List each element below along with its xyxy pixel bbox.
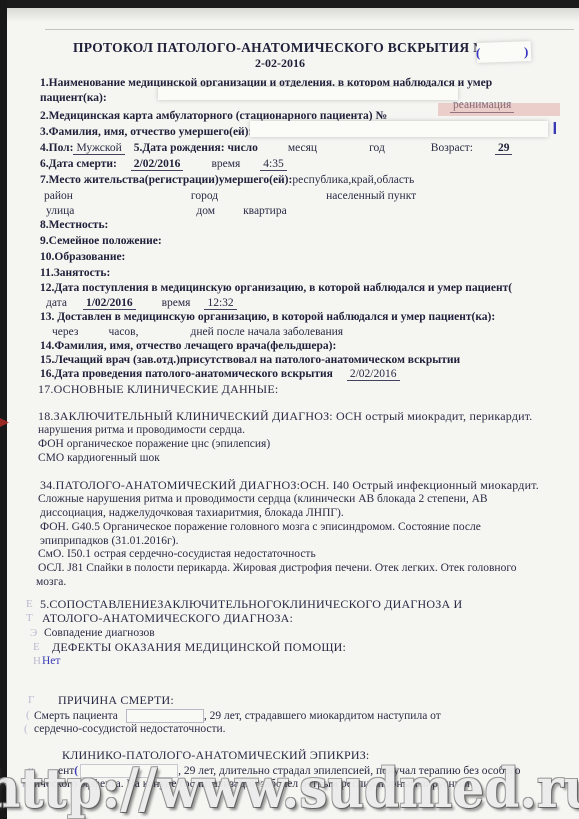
delivered-hours-label: часов, [108, 326, 138, 338]
margin-artifact: Е [33, 641, 40, 653]
patient-name-redaction-box [126, 709, 204, 723]
field-org-name-line2: пациент(ка): [40, 92, 107, 105]
cause-of-death-label: ПРИЧИНА СМЕРТИ: [58, 694, 174, 707]
comparison-result: Совпадение диагнозов [44, 627, 155, 640]
protocol-date: 2-02-2016 [40, 57, 520, 70]
residence-hint: республика,край,область [292, 174, 414, 186]
patho-diagnosis-background1: ФОН. G40.5 Органическое поражение головн… [40, 521, 481, 534]
sudmed-watermark: http://www.sudmed.ru [0, 756, 579, 819]
field-sex-label: 4.Пол: [40, 142, 73, 154]
handwritten-paren-close: ) [524, 44, 528, 60]
admission-date-label: дата [46, 297, 67, 309]
street-label: улица [46, 205, 74, 217]
field-death-date-label: 6.Дата смерти: [40, 158, 117, 170]
field-birthdate-label: 5.Дата рождения: число [134, 142, 258, 154]
age-label: Возраст: [431, 142, 473, 154]
autopsy-date-value: 2/02/2016 [347, 368, 400, 381]
defects-label: ДЕФЕКТЫ ОКАЗАНИЯ МЕДИЦИНСКОЙ ПОМОЩИ: [52, 641, 346, 654]
patho-diagnosis-smo: СмО. I50.1 острая сердечно-сосудистая не… [38, 548, 316, 561]
city-label: город [191, 190, 218, 202]
defects-value: Нет [42, 655, 60, 668]
flat-label: квартира [243, 205, 287, 217]
top-rule-line [45, 29, 574, 30]
patho-diagnosis-complications2: мозга. [36, 576, 66, 589]
card-number-redaction-box [438, 103, 560, 116]
field-marital-status: 9.Семейное положение: [40, 235, 162, 248]
birth-month-label: месяц [288, 142, 317, 154]
patho-diagnosis-line2: Сложные нарушения ритма и проводимости с… [38, 493, 488, 506]
death-date-value: 2/02/2016 [131, 158, 184, 171]
margin-artifact: Н [33, 655, 41, 667]
death-time-value: 4:35 [260, 158, 286, 171]
field-delivered: 13. Доставлен в медицинскую организацию,… [40, 311, 495, 324]
field-employment: 11.Занятость: [40, 267, 110, 280]
comparison-line2: АТОЛОГО-АНАТОМИЧЕСКОГО ДИАГНОЗА: [42, 612, 293, 625]
margin-artifact: ( [24, 723, 28, 735]
final-diagnosis-line2: нарушения ритма и проводимости сердца. [38, 424, 245, 437]
comparison-line1: 5.СОПОСТАВЛЕНИЕЗАКЛЮЧИТЕЛЬНОГОКЛИНИЧЕСКО… [40, 598, 462, 611]
margin-artifact: Э [30, 627, 37, 639]
final-diagnosis-line1: 18.ЗАКЛЮЧИТЕЛЬНЫЙ КЛИНИЧЕСКИЙ ДИАГНОЗ: О… [38, 410, 533, 423]
cause-line1-start: Смерть пациента [34, 710, 118, 722]
district-label: район [44, 190, 73, 202]
field-doctor-name: 14.Фамилия, имя, отчество лечащего врача… [40, 340, 336, 353]
delivered-days-label: дней после начала заболевания [191, 326, 344, 338]
margin-artifact: Е [26, 598, 33, 610]
house-label: дом [196, 205, 215, 217]
redaction-pen-tick: ❙ [550, 122, 560, 135]
cause-line1-end: , 29 лет, страдавшего миокардитом наступ… [204, 710, 441, 722]
field-education: 10.Образование: [40, 251, 125, 264]
settlement-label: населенный пункт [326, 190, 416, 202]
final-diagnosis-smo: СМО кардиогенный шок [38, 452, 160, 465]
age-value: 29 [495, 142, 513, 155]
field-admission: 12.Дата поступления в медицинскую органи… [40, 282, 512, 295]
margin-artifact: Т [26, 612, 33, 624]
patho-diagnosis-complications1: ОСЛ. J81 Спайки в полости перикарда. Жир… [38, 562, 517, 575]
patho-diagnosis-line1: 34.ПАТОЛОГО-АНАТОМИЧЕСКИЙ ДИАГНОЗ:ОСН. I… [40, 479, 539, 492]
scan-border-left [0, 0, 7, 819]
field-autopsy-date-label: 16.Дата проведения патолого-анатомическо… [40, 368, 333, 380]
patho-diagnosis-line3: диссоциация, наджелудочковая тахиаритмия… [40, 507, 344, 520]
scanned-autopsy-protocol-page: ПРОТОКОЛ ПАТОЛОГО-АНАТОМИЧЕСКОГО ВСКРЫТИ… [0, 0, 579, 819]
admission-time-label: время [162, 297, 191, 309]
margin-artifact: Г [28, 694, 34, 706]
admission-time-value: 12:32 [204, 297, 236, 310]
org-name-redaction-box [158, 87, 458, 100]
section-clinical-data: 17.ОСНОВНЫЕ КЛИНИЧЕСКИЕ ДАННЫЕ: [38, 383, 278, 396]
field-locality: 8.Местность: [40, 219, 108, 232]
scan-border-top [0, 0, 579, 8]
birth-year-label: год [369, 142, 385, 154]
field-deceased-name: 3.Фамилия, имя, отчество умершего(ей): [40, 126, 252, 139]
margin-artifact: ( [26, 709, 30, 721]
patho-diagnosis-background2: эпиприпадков (31.01.2016г). [40, 535, 178, 548]
sex-value: Мужской [73, 142, 124, 155]
paper-shadow [7, 8, 579, 22]
field-doctor-present: 15.Лечащий врач (зав.отд.)присутствовал … [40, 354, 460, 367]
death-time-label: время [211, 158, 240, 170]
field-residence-label: 7.Место жительства(регистрации)умершего(… [40, 174, 292, 186]
cause-line2: сердечно-сосудистой недостаточности. [34, 723, 226, 736]
deceased-name-redaction-box [250, 121, 548, 137]
final-diagnosis-background: ФОН органическое поражение цнс (эпилепси… [38, 438, 270, 451]
admission-date-value: 1/02/2016 [83, 297, 136, 310]
document-title: ПРОТОКОЛ ПАТОЛОГО-АНАТОМИЧЕСКОГО ВСКРЫТИ… [40, 41, 520, 54]
delivered-after-label: через [52, 326, 78, 338]
